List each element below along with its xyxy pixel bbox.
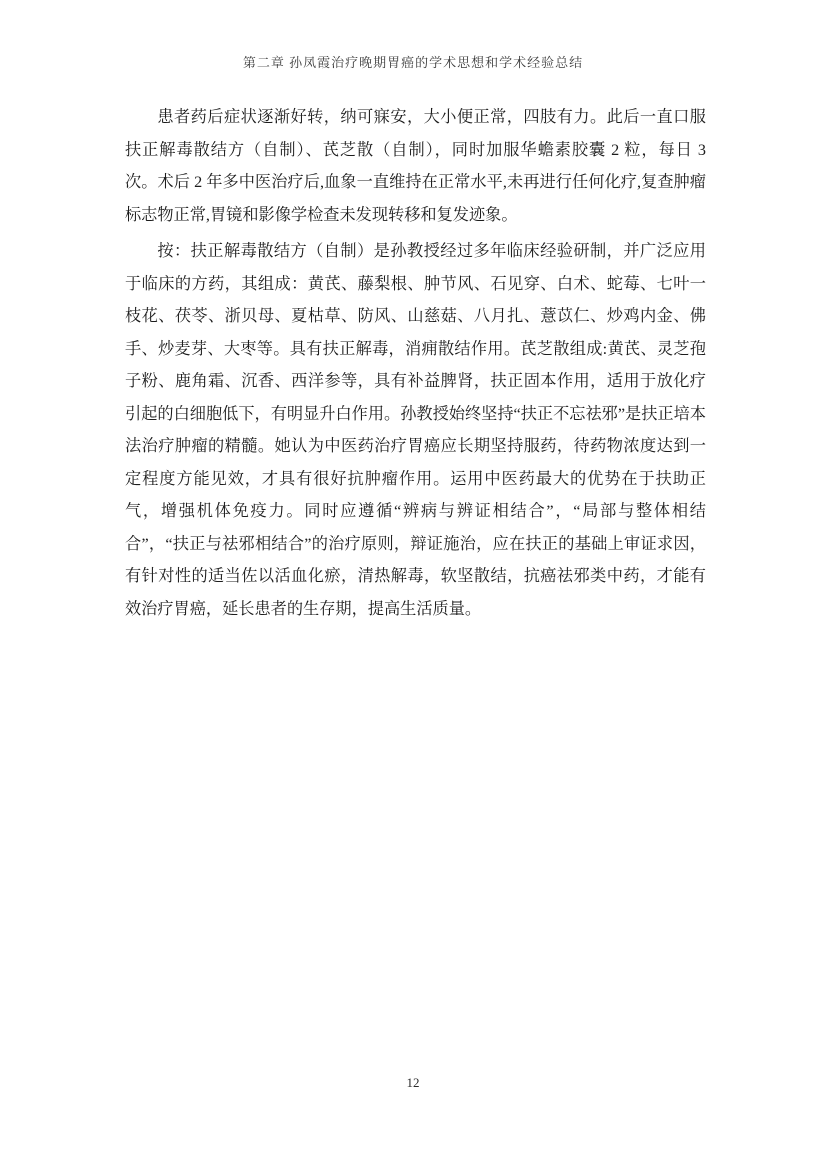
paragraph-case-followup: 患者药后症状逐渐好转，纳可寐安，大小便正常，四肢有力。此后一直口服扶正解毒散结方… — [125, 101, 706, 231]
document-page: 第二章 孙凤霞治疗晚期胃癌的学术思想和学术经验总结 患者药后症状逐渐好转，纳可寐… — [0, 0, 826, 1169]
paragraph-commentary: 按：扶正解毒散结方（自制）是孙教授经过多年临床经验研制，并广泛应用于临床的方药，… — [125, 235, 706, 625]
page-number: 12 — [0, 1075, 826, 1091]
chapter-header: 第二章 孙凤霞治疗晚期胃癌的学术思想和学术经验总结 — [0, 52, 826, 71]
document-body: 患者药后症状逐渐好转，纳可寐安，大小便正常，四肢有力。此后一直口服扶正解毒散结方… — [125, 101, 706, 625]
